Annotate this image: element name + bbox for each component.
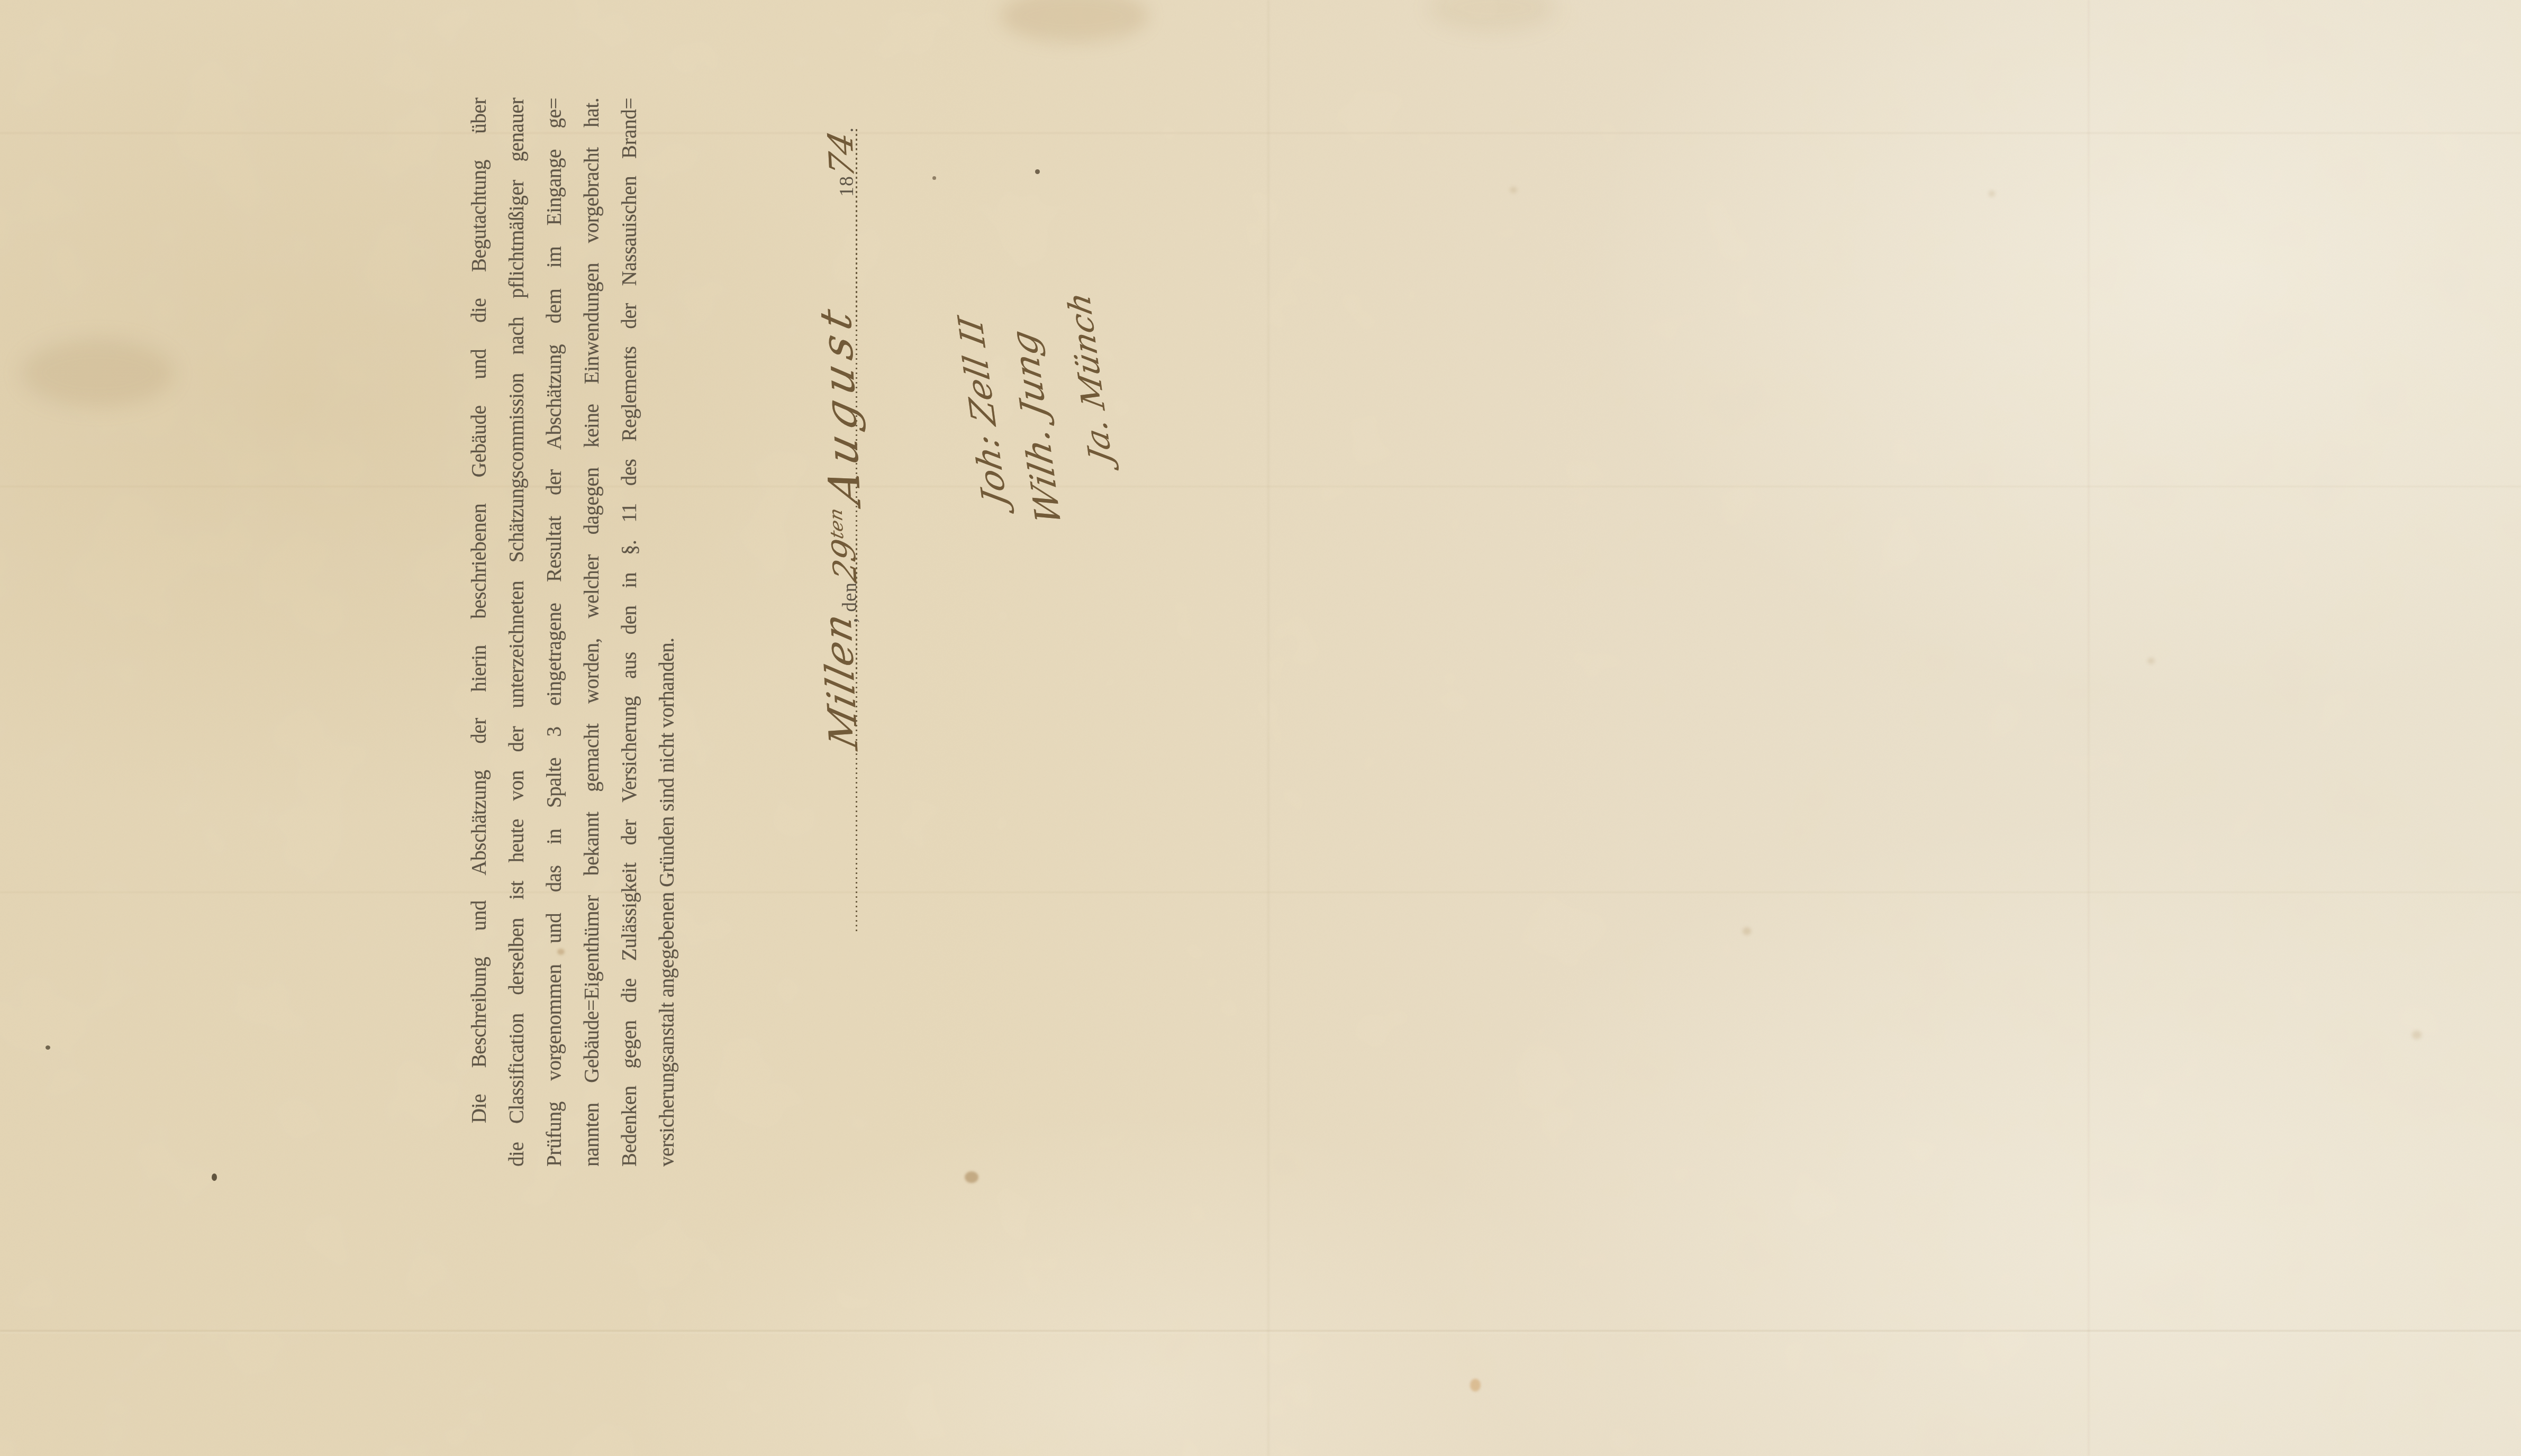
paragraph-line: die Classification derselben ist heute v…: [498, 98, 536, 1167]
paragraph-line: Prüfung vorgenommen und das in Spalte 3 …: [536, 98, 573, 1167]
signature: Wilh. Jung: [1015, 334, 1057, 521]
paragraph-line: versicherungsanstalt angegebenen Gründen…: [648, 98, 686, 1167]
paper-stain: [1429, 0, 1556, 32]
paper-line: [0, 132, 2521, 134]
foxing-spot: [1470, 1379, 1481, 1391]
ink-speck: [212, 1173, 217, 1181]
foxing-spot: [1510, 187, 1517, 193]
paper-texture: [0, 0, 2521, 1456]
ink-speck: [46, 1045, 50, 1050]
foxing-spot: [1989, 190, 1995, 197]
foxing-spot: [2412, 1031, 2422, 1039]
signature: Ja. Münch: [1072, 296, 1109, 459]
handwritten-day: 29ten: [824, 506, 865, 585]
year-group: 1874.: [822, 127, 862, 197]
foxing-spot: [965, 1171, 978, 1183]
paper-stain: [1000, 0, 1148, 42]
handwritten-month: August: [810, 298, 870, 508]
paper-line: [0, 891, 2521, 893]
paragraph-line: nannten Gebäude=Eigenthümer bekannt gema…: [573, 98, 611, 1167]
dateline: Millen , den 29ten August 1874.: [812, 125, 884, 932]
printed-paragraph: Die Beschreibung und Abschätzung der hie…: [460, 98, 688, 1167]
foxing-spot: [1743, 927, 1751, 935]
paragraph-line: Bedenken gegen die Zulässigkeit der Vers…: [611, 98, 648, 1167]
day-suffix: ten: [826, 506, 848, 541]
ink-speck: [1035, 169, 1040, 174]
scanned-document-page: Die Beschreibung und Abschätzung der hie…: [0, 0, 2521, 1456]
signature-name: Ja. Münch: [1060, 289, 1120, 466]
ink-speck: [932, 176, 936, 180]
paper-line: [0, 486, 2521, 487]
fold-crease-horizontal: [0, 1330, 2521, 1334]
fold-crease-vertical: [1267, 0, 1269, 1456]
printed-year-prefix: 18: [836, 176, 858, 197]
paper-stain: [21, 339, 175, 407]
fold-crease-vertical: [2088, 0, 2090, 1456]
signatures: Joh: Zell II Wilh. Jung Ja. Münch: [960, 175, 1125, 529]
handwritten-place: Millen: [815, 608, 867, 753]
handwritten-year-suffix: 74: [821, 128, 863, 180]
printed-den-label: , den: [839, 582, 862, 623]
signature: Joh: Zell II: [964, 321, 1003, 502]
paragraph-line: Die Beschreibung und Abschätzung der hie…: [460, 98, 498, 1167]
foxing-spot: [2147, 658, 2155, 664]
